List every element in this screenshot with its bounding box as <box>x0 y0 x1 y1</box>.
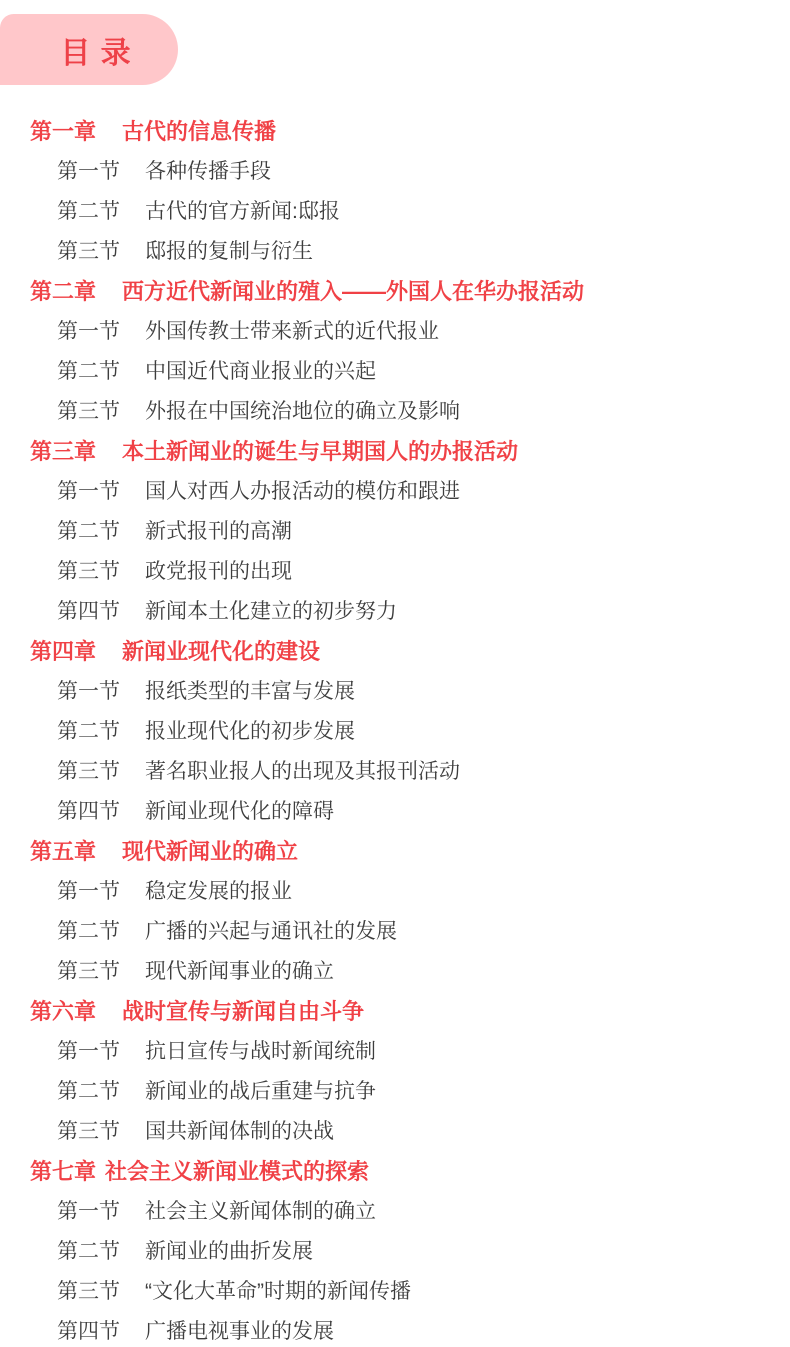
section-number: 第二节 <box>57 195 120 225</box>
section-row[interactable]: 第二节新式报刊的高潮 <box>0 510 790 550</box>
chapter-title: 西方近代新闻业的殖入——外国人在华办报活动 <box>122 275 584 306</box>
chapter-number: 第三章 <box>30 435 96 466</box>
section-row[interactable]: 第三节政党报刊的出现 <box>0 550 790 590</box>
section-row[interactable]: 第三节著名职业报人的出现及其报刊活动 <box>0 750 790 790</box>
section-number: 第四节 <box>57 795 120 825</box>
chapter-row[interactable]: 第四章新闻业现代化的建设 <box>0 630 790 670</box>
section-row[interactable]: 第二节新闻业的战后重建与抗争 <box>0 1070 790 1110</box>
section-title: 新闻业现代化的障碍 <box>145 795 334 825</box>
section-title: 报业现代化的初步发展 <box>145 715 355 745</box>
chapter-title: 新闻业现代化的建设 <box>122 635 320 666</box>
section-number: 第一节 <box>57 475 120 505</box>
section-number: 第三节 <box>57 1115 120 1145</box>
section-row[interactable]: 第一节外国传教士带来新式的近代报业 <box>0 310 790 350</box>
section-row[interactable]: 第一节各种传播手段 <box>0 150 790 190</box>
section-title: 新闻业的曲折发展 <box>145 1235 313 1265</box>
section-row[interactable]: 第一节国人对西人办报活动的模仿和跟进 <box>0 470 790 510</box>
section-number: 第二节 <box>57 1235 120 1265</box>
chapter-row[interactable]: 第二章西方近代新闻业的殖入——外国人在华办报活动 <box>0 270 790 310</box>
section-number: 第三节 <box>57 555 120 585</box>
section-number: 第二节 <box>57 915 120 945</box>
section-row[interactable]: 第二节新闻业的曲折发展 <box>0 1230 790 1270</box>
section-number: 第二节 <box>57 355 120 385</box>
section-row[interactable]: 第二节报业现代化的初步发展 <box>0 710 790 750</box>
section-number: 第三节 <box>57 395 120 425</box>
section-number: 第一节 <box>57 315 120 345</box>
section-title: 各种传播手段 <box>145 155 271 185</box>
section-row[interactable]: 第四节广播电视事业的发展 <box>0 1310 790 1347</box>
section-title: 新式报刊的高潮 <box>145 515 292 545</box>
section-number: 第一节 <box>57 875 120 905</box>
chapter-number: 第七章 <box>30 1155 96 1186</box>
section-row[interactable]: 第一节抗日宣传与战时新闻统制 <box>0 1030 790 1070</box>
section-number: 第三节 <box>57 955 120 985</box>
section-number: 第三节 <box>57 755 120 785</box>
section-title: 抗日宣传与战时新闻统制 <box>145 1035 376 1065</box>
section-number: 第二节 <box>57 715 120 745</box>
section-title: 外国传教士带来新式的近代报业 <box>145 315 439 345</box>
section-title: 广播的兴起与通讯社的发展 <box>145 915 397 945</box>
section-number: 第四节 <box>57 1315 120 1345</box>
section-row[interactable]: 第一节社会主义新闻体制的确立 <box>0 1190 790 1230</box>
chapter-row[interactable]: 第一章古代的信息传播 <box>0 110 790 150</box>
chapter-number: 第一章 <box>30 115 96 146</box>
section-title: 新闻业的战后重建与抗争 <box>145 1075 376 1105</box>
section-row[interactable]: 第三节现代新闻事业的确立 <box>0 950 790 990</box>
section-title: 中国近代商业报业的兴起 <box>145 355 376 385</box>
chapter-title: 现代新闻业的确立 <box>122 835 298 866</box>
section-row[interactable]: 第三节邸报的复制与衍生 <box>0 230 790 270</box>
section-number: 第三节 <box>57 235 120 265</box>
section-number: 第二节 <box>57 1075 120 1105</box>
section-title: 社会主义新闻体制的确立 <box>145 1195 376 1225</box>
chapter-title: 战时宣传与新闻自由斗争 <box>122 995 364 1026</box>
section-number: 第四节 <box>57 595 120 625</box>
chapter-title: 本土新闻业的诞生与早期国人的办报活动 <box>122 435 518 466</box>
section-title: 新闻本土化建立的初步努力 <box>145 595 397 625</box>
section-number: 第一节 <box>57 1195 120 1225</box>
section-title: 国人对西人办报活动的模仿和跟进 <box>145 475 460 505</box>
chapter-row[interactable]: 第三章本土新闻业的诞生与早期国人的办报活动 <box>0 430 790 470</box>
section-row[interactable]: 第一节稳定发展的报业 <box>0 870 790 910</box>
section-number: 第一节 <box>57 675 120 705</box>
chapter-number: 第六章 <box>30 995 96 1026</box>
section-title: 政党报刊的出现 <box>145 555 292 585</box>
chapter-number: 第二章 <box>30 275 96 306</box>
section-row[interactable]: 第三节“文化大革命”时期的新闻传播 <box>0 1270 790 1310</box>
toc-header-badge: 目 录 <box>0 14 178 85</box>
section-row[interactable]: 第四节新闻本土化建立的初步努力 <box>0 590 790 630</box>
chapter-row[interactable]: 第五章现代新闻业的确立 <box>0 830 790 870</box>
section-title: 国共新闻体制的决战 <box>145 1115 334 1145</box>
chapter-row[interactable]: 第七章社会主义新闻业模式的探索 <box>0 1150 790 1190</box>
section-number: 第二节 <box>57 515 120 545</box>
section-row[interactable]: 第三节国共新闻体制的决战 <box>0 1110 790 1150</box>
chapter-number: 第四章 <box>30 635 96 666</box>
section-title: 稳定发展的报业 <box>145 875 292 905</box>
section-title: 邸报的复制与衍生 <box>145 235 313 265</box>
section-number: 第三节 <box>57 1275 120 1305</box>
section-row[interactable]: 第三节外报在中国统治地位的确立及影响 <box>0 390 790 430</box>
section-row[interactable]: 第二节古代的官方新闻:邸报 <box>0 190 790 230</box>
section-row[interactable]: 第二节中国近代商业报业的兴起 <box>0 350 790 390</box>
chapter-title: 社会主义新闻业模式的探索 <box>105 1155 369 1186</box>
toc-page: 目 录 第一章古代的信息传播第一节各种传播手段第二节古代的官方新闻:邸报第三节邸… <box>0 0 790 1347</box>
section-title: 著名职业报人的出现及其报刊活动 <box>145 755 460 785</box>
section-row[interactable]: 第一节报纸类型的丰富与发展 <box>0 670 790 710</box>
section-title: 广播电视事业的发展 <box>145 1315 334 1345</box>
chapter-title: 古代的信息传播 <box>122 115 276 146</box>
section-row[interactable]: 第二节广播的兴起与通讯社的发展 <box>0 910 790 950</box>
section-number: 第一节 <box>57 155 120 185</box>
chapter-number: 第五章 <box>30 835 96 866</box>
chapter-row[interactable]: 第六章战时宣传与新闻自由斗争 <box>0 990 790 1030</box>
section-number: 第一节 <box>57 1035 120 1065</box>
section-row[interactable]: 第四节新闻业现代化的障碍 <box>0 790 790 830</box>
section-title: “文化大革命”时期的新闻传播 <box>145 1275 411 1305</box>
section-title: 古代的官方新闻:邸报 <box>145 195 340 225</box>
toc-heading: 目 录 <box>60 28 131 72</box>
section-title: 现代新闻事业的确立 <box>145 955 334 985</box>
toc-list: 第一章古代的信息传播第一节各种传播手段第二节古代的官方新闻:邸报第三节邸报的复制… <box>0 110 790 1347</box>
section-title: 外报在中国统治地位的确立及影响 <box>145 395 460 425</box>
section-title: 报纸类型的丰富与发展 <box>145 675 355 705</box>
